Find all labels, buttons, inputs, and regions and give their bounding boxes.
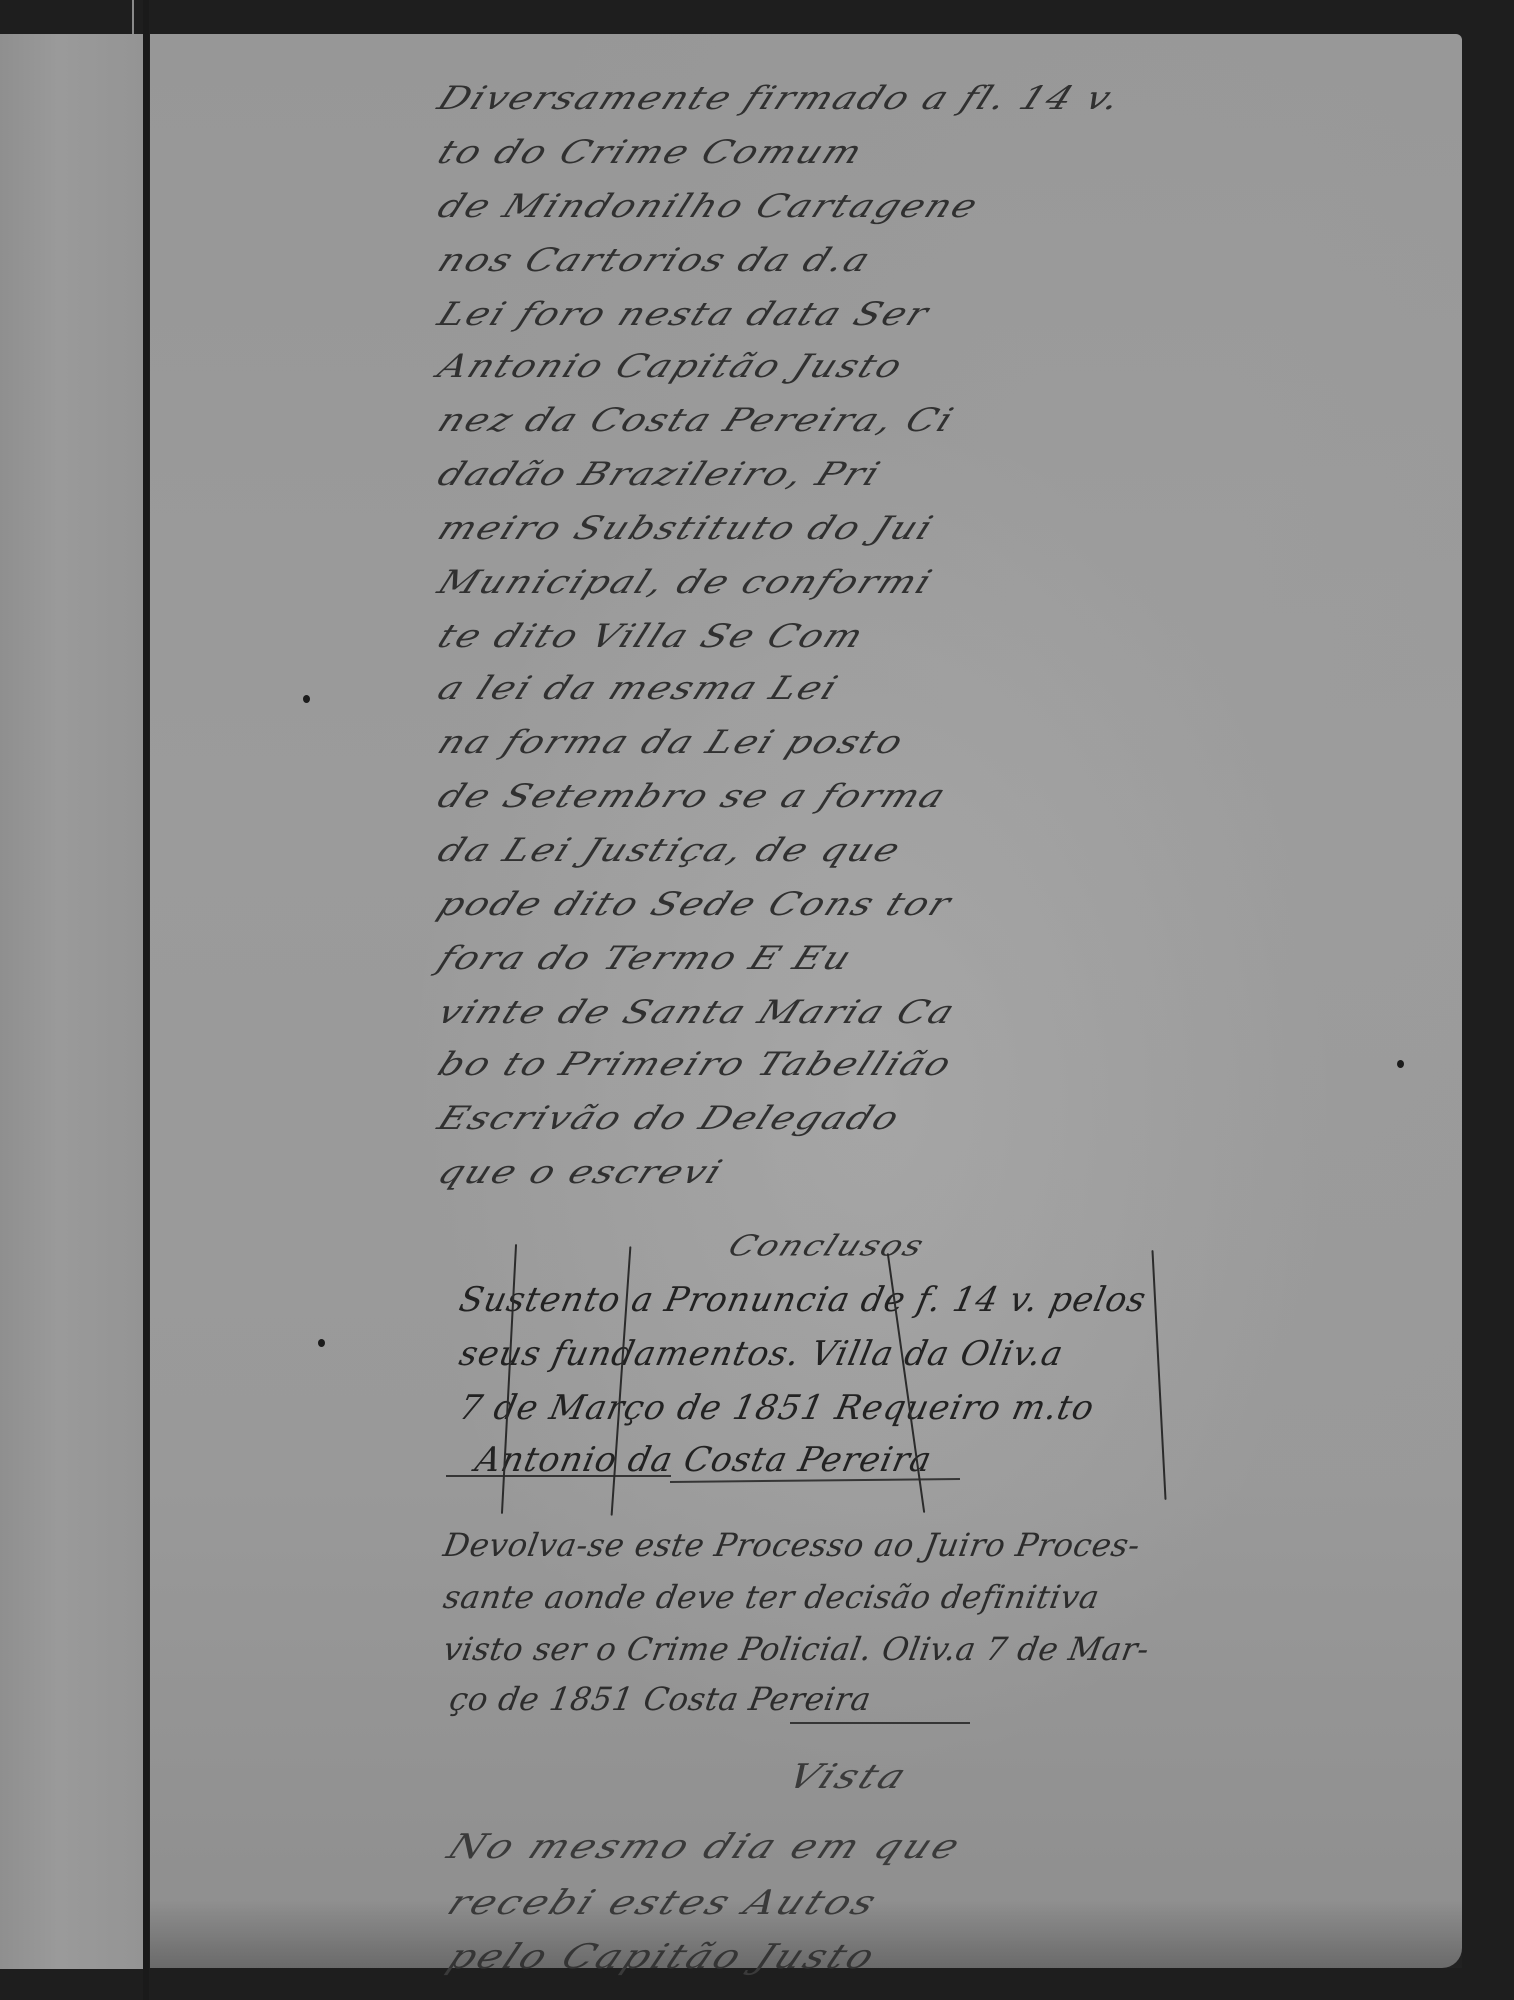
ink-spot — [303, 695, 310, 703]
text-line: Municipal, de conformi — [432, 563, 939, 600]
text-line: te dito Villa Se Com — [432, 617, 870, 654]
text-line: de Mindonilho Cartagene — [432, 187, 985, 224]
ink-spot — [1397, 1060, 1404, 1068]
signature-flourish — [790, 1722, 970, 1724]
ruling-line: 7 de Março de 1851 Requeiro m.to — [456, 1388, 1098, 1428]
text-line: to do Crime Comum — [432, 133, 869, 170]
text-line: que o escrevi — [432, 1153, 729, 1190]
text-line: Escrivão do Delegado — [432, 1099, 906, 1136]
ruling-line: Sustento a Pronuncia de f. 14 v. pelos — [456, 1280, 1150, 1320]
text-line: a lei da mesma Lei — [432, 669, 844, 706]
order-line: Devolva-se este Processo ao Juiro Proces… — [441, 1526, 1144, 1564]
binding-line — [143, 0, 149, 2000]
ruling-line: seus fundamentos. Villa da Oliv.a — [456, 1334, 1067, 1374]
signature-underline — [446, 1475, 671, 1477]
binding-gap — [132, 0, 134, 34]
text-line: vinte de Santa Maria Ca — [432, 993, 961, 1030]
order-line: ço de 1851 Costa Pereira — [447, 1680, 874, 1718]
text-line: nos Cartorios da d.a — [432, 241, 877, 278]
text-line: na forma da Lei posto — [432, 723, 910, 760]
conclusos-signature: Conclusos — [723, 1229, 930, 1263]
manuscript-page: 15 Diversamente firmado a fl. 14 v. to d… — [150, 34, 1462, 1968]
strike-stroke — [1151, 1250, 1166, 1500]
text-line: de Setembro se a forma — [432, 777, 952, 814]
text-line: nez da Costa Pereira, Ci — [432, 401, 960, 438]
facing-page-edge — [0, 34, 146, 1969]
order-line: sante aonde deve ter decisão definitiva — [441, 1578, 1103, 1616]
judge-signature: Antonio da Costa Pereira — [472, 1440, 936, 1480]
scanned-document: 15 Diversamente firmado a fl. 14 v. to d… — [0, 0, 1514, 2000]
text-line: bo to Primeiro Tabellião — [432, 1045, 958, 1082]
vista-line: No mesmo dia em que — [441, 1827, 968, 1866]
vista-heading: Vista — [781, 1757, 915, 1796]
text-line: pode dito Sede Cons tor — [432, 885, 958, 922]
text-line: fora do Termo E Eu — [432, 939, 858, 976]
ink-spot — [318, 1339, 325, 1347]
text-line: Lei foro nesta data Ser — [432, 295, 935, 332]
text-line: da Lei Justiça, de que — [432, 831, 907, 868]
text-line: meiro Substituto do Jui — [432, 509, 940, 546]
text-line: Diversamente firmado a fl. 14 v. — [432, 79, 1128, 116]
page-bottom-shadow — [150, 1900, 1462, 1968]
text-line: dadão Brazileiro, Pri — [432, 455, 887, 492]
text-line: Antonio Capitão Justo — [432, 347, 909, 384]
order-line: visto ser o Crime Policial. Oliv.a 7 de … — [441, 1630, 1153, 1668]
